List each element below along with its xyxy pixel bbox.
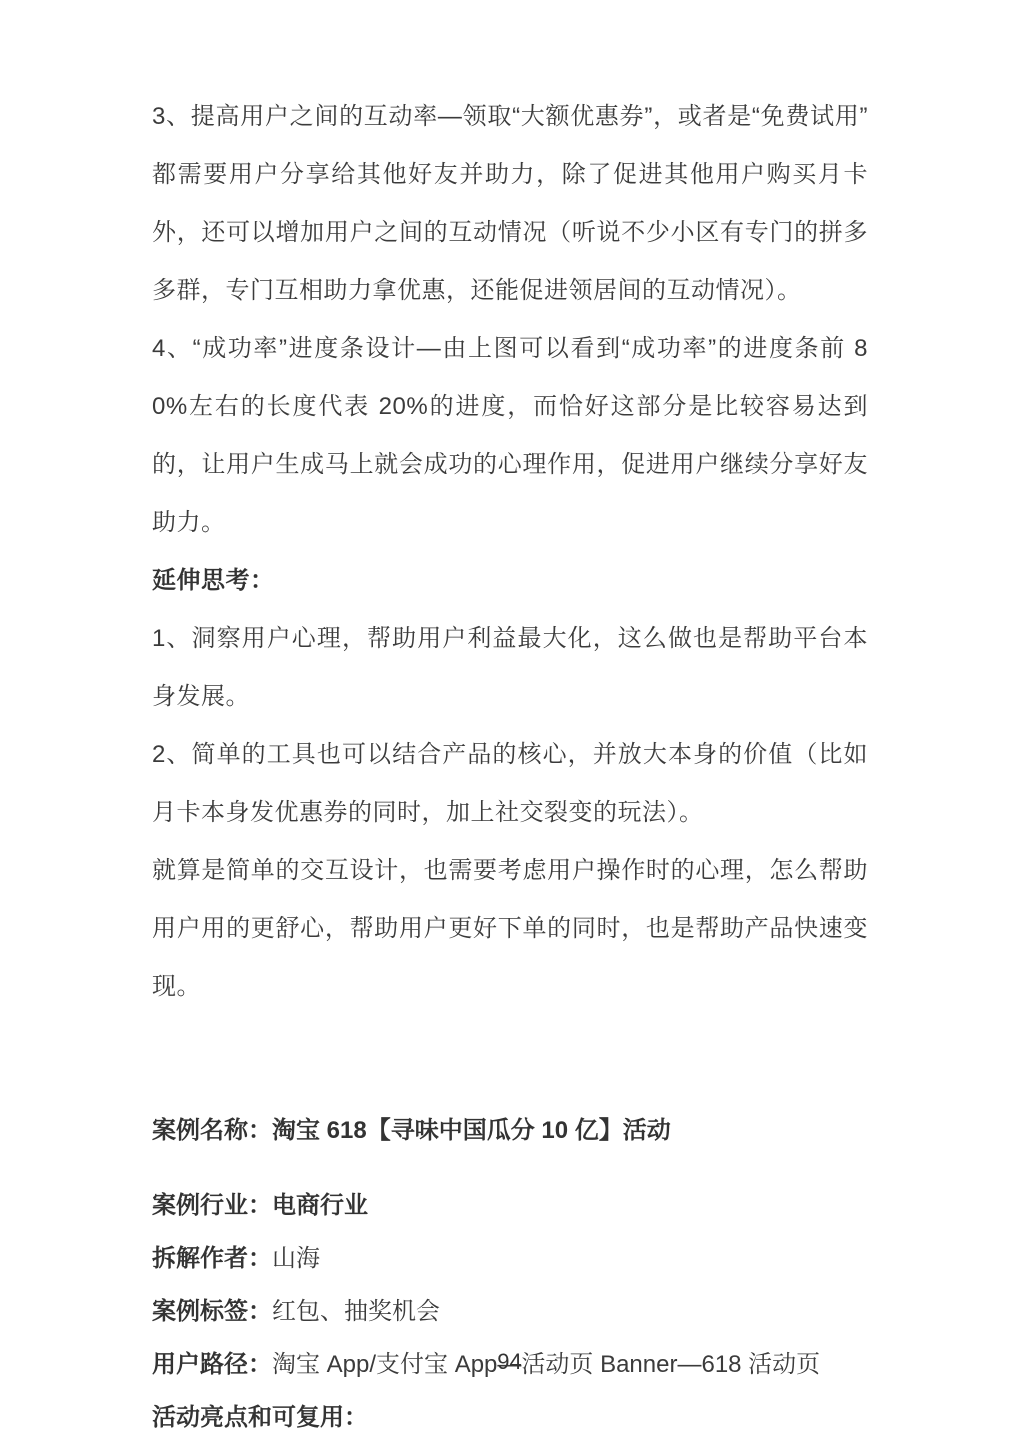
- case-block: 案例名称：淘宝 618【寻味中国瓜分 10 亿】活动 案例行业：电商行业 拆解作…: [152, 1104, 868, 1440]
- body-paragraph-4: 4、“成功率”进度条设计—由上图可以看到“成功率”的进度条前 80%左右的长度代…: [152, 320, 868, 552]
- case-field-tags: 案例标签：红包、抽奖机会: [152, 1285, 868, 1338]
- document-page: 3、提高用户之间的互动率—领取“大额优惠券”，或者是“免费试用”都需要用户分享给…: [0, 0, 1019, 1440]
- case-field-label: 案例标签：: [152, 1298, 272, 1325]
- thinking-point-1: 1、洞察用户心理，帮助用户利益最大化，这么做也是帮助平台本身发展。: [152, 610, 868, 726]
- case-field-industry: 案例行业：电商行业: [152, 1179, 868, 1232]
- case-name-value: 淘宝 618【寻味中国瓜分 10 亿】活动: [272, 1117, 671, 1144]
- case-title: 案例名称：淘宝 618【寻味中国瓜分 10 亿】活动: [152, 1104, 868, 1157]
- case-field-value: 山海: [272, 1245, 320, 1272]
- closing-paragraph: 就算是简单的交互设计，也需要考虑用户操作时的心理，怎么帮助用户用的更舒心，帮助用…: [152, 842, 868, 1016]
- case-name-label: 案例名称：: [152, 1117, 272, 1144]
- case-field-highlights: 活动亮点和可复用：: [152, 1391, 868, 1440]
- case-field-label: 活动亮点和可复用：: [152, 1404, 368, 1431]
- document-content: 3、提高用户之间的互动率—领取“大额优惠券”，或者是“免费试用”都需要用户分享给…: [152, 0, 868, 1440]
- section-heading-extended-thinking: 延伸思考：: [152, 552, 868, 610]
- case-field-label: 案例行业：: [152, 1192, 272, 1219]
- thinking-point-2: 2、简单的工具也可以结合产品的核心，并放大本身的价值（比如月卡本身发优惠券的同时…: [152, 726, 868, 842]
- page-number: 94: [0, 1348, 1019, 1376]
- case-field-value: 红包、抽奖机会: [272, 1298, 440, 1325]
- case-field-label: 拆解作者：: [152, 1245, 272, 1272]
- body-paragraph-3: 3、提高用户之间的互动率—领取“大额优惠券”，或者是“免费试用”都需要用户分享给…: [152, 88, 868, 320]
- case-field-author: 拆解作者：山海: [152, 1232, 868, 1285]
- case-field-value: 电商行业: [272, 1192, 368, 1219]
